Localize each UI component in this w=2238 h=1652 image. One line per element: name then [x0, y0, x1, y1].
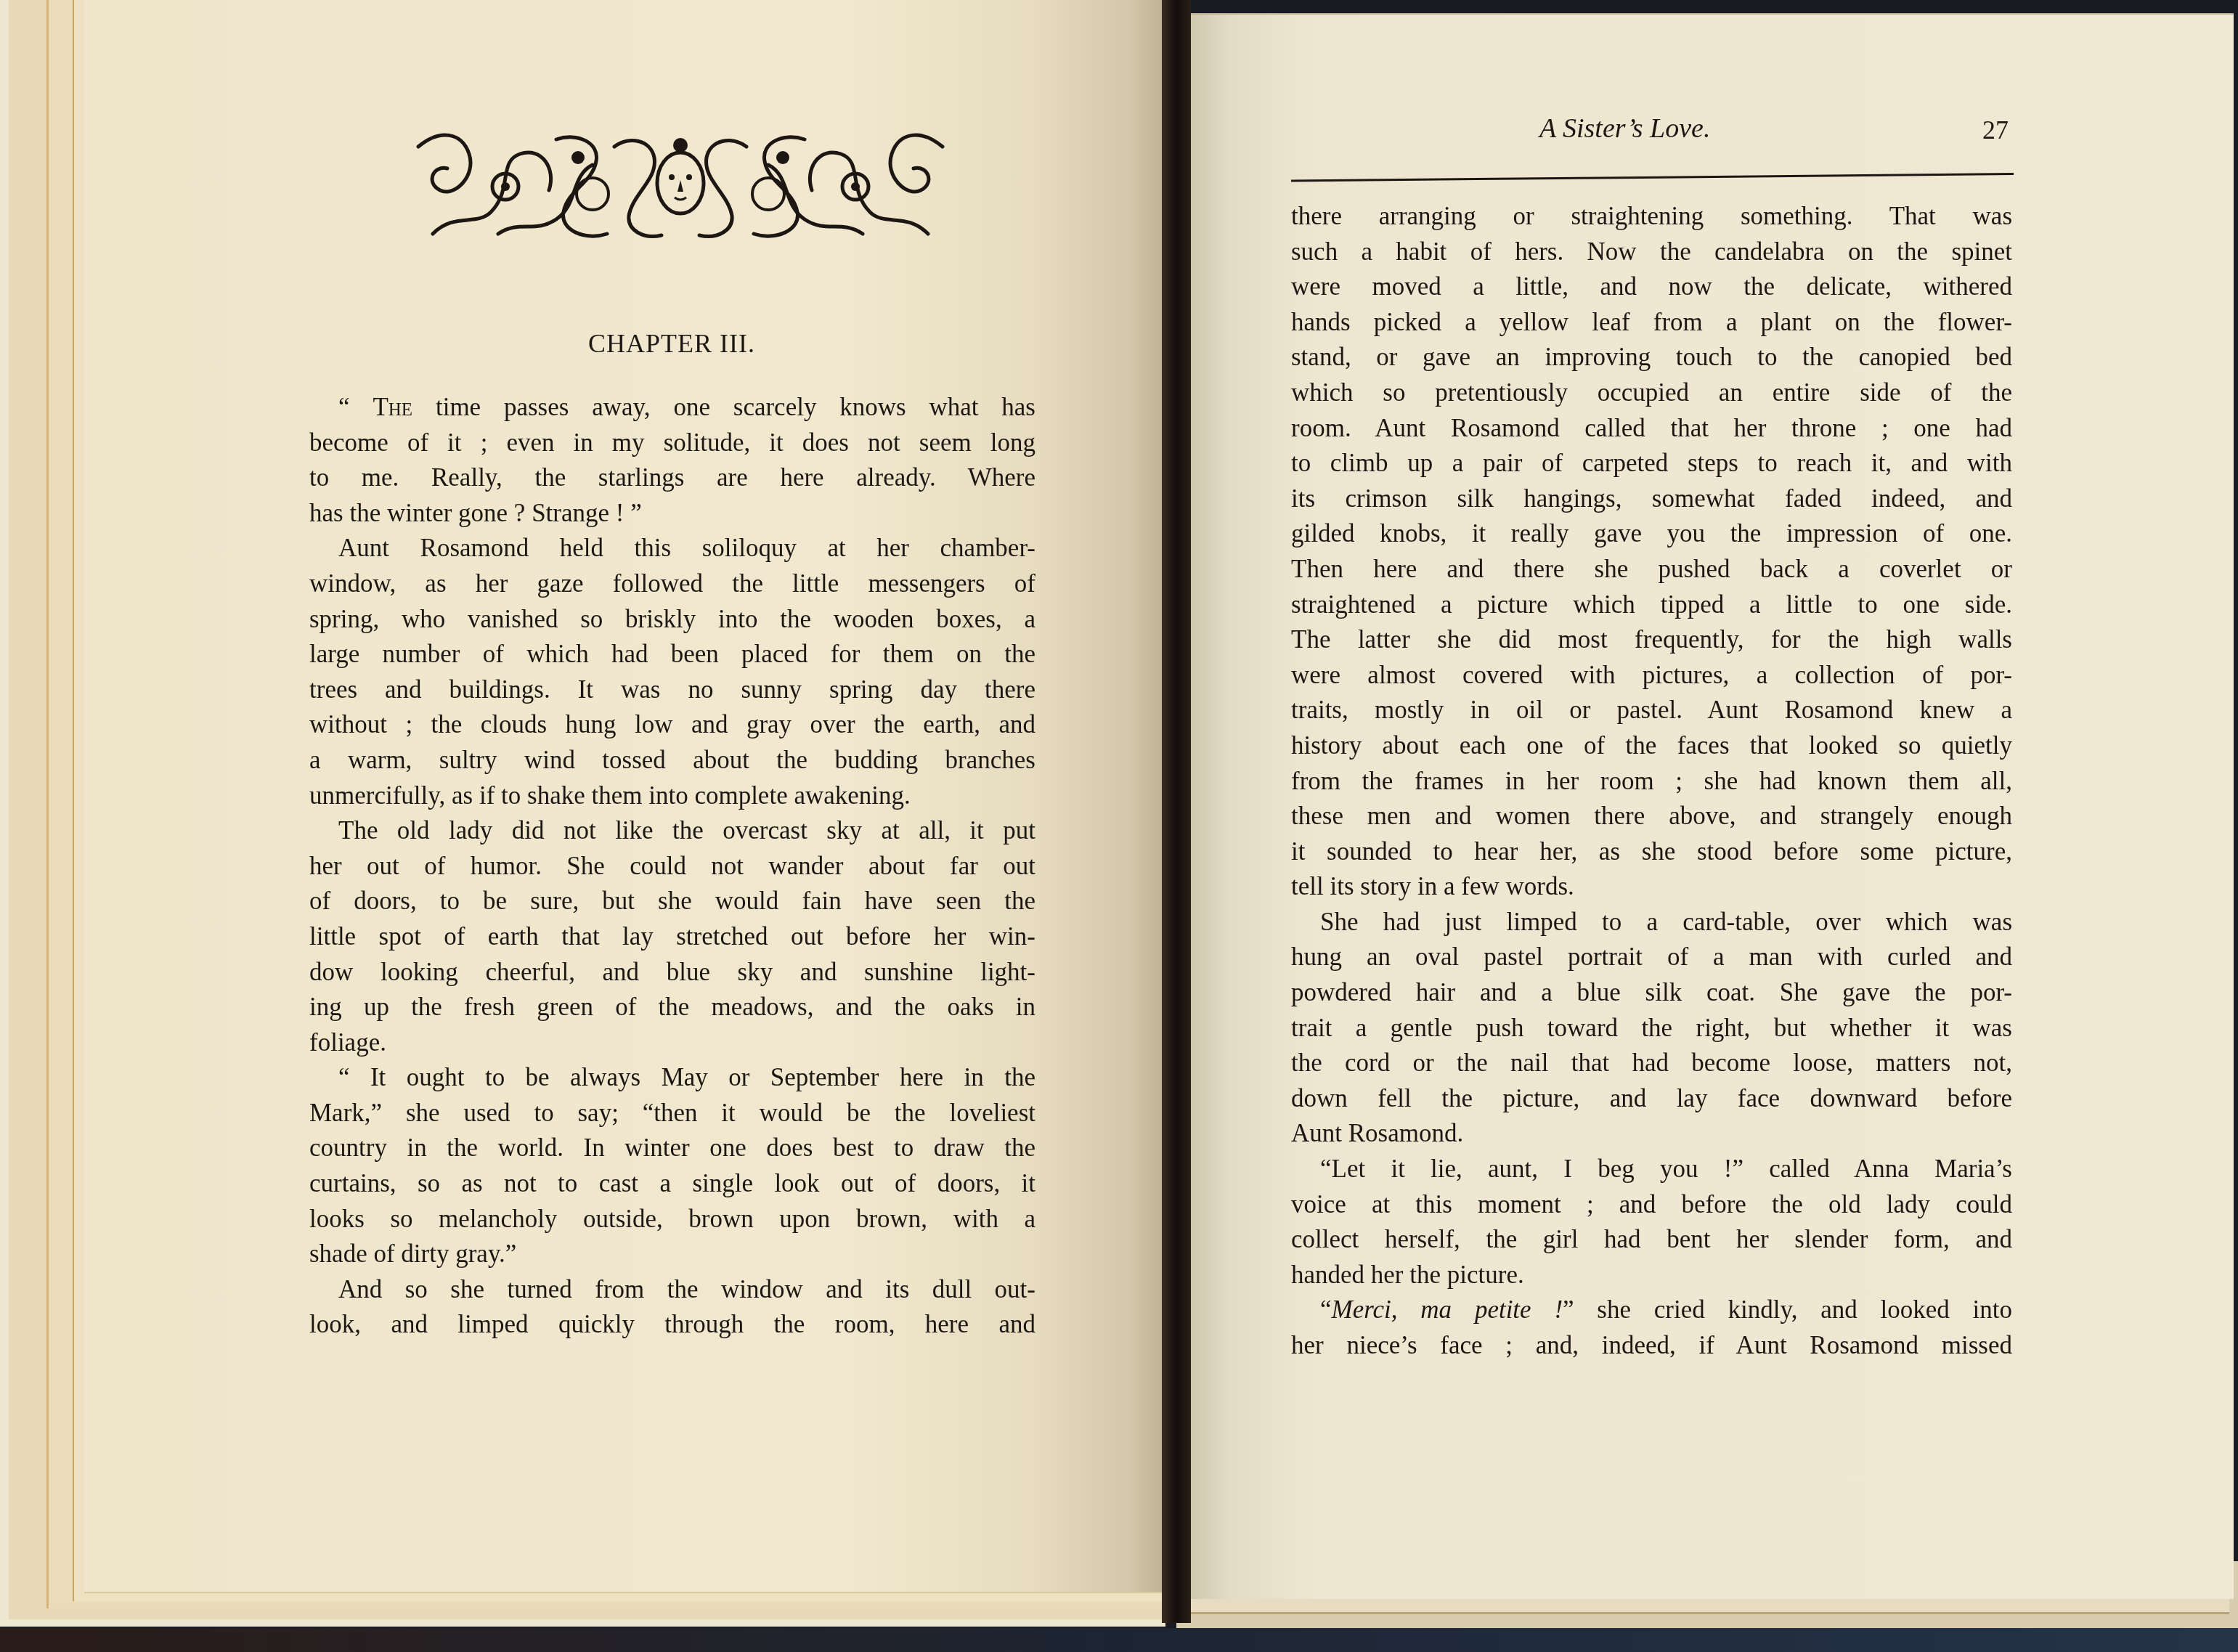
text-line: country in the world. In winter one does…	[309, 1131, 1035, 1166]
text-line: little spot of earth that lay stretched …	[309, 919, 1035, 955]
ornamental-headpiece-icon	[411, 125, 950, 247]
text-line: Aunt Rosamond held this soliloquy at her…	[309, 531, 1035, 566]
text-line: ing up the fresh green of the meadows, a…	[309, 990, 1035, 1025]
text-line: it sounded to hear her, as she stood bef…	[1291, 834, 2012, 870]
text-line: the cord or the nail that had become loo…	[1291, 1046, 2012, 1081]
text-line: gilded knobs, it really gave you the imp…	[1291, 516, 2012, 552]
text-line: to me. Really, the starlings are here al…	[309, 460, 1035, 496]
text-line: Aunt Rosamond.	[1291, 1116, 2012, 1152]
text-line: window, as her gaze followed the little …	[309, 566, 1035, 602]
text-line: from the frames in her room ; she had kn…	[1291, 764, 2012, 799]
text-line: “ The time passes away, one scarcely kno…	[309, 390, 1035, 426]
text-line: curtains, so as not to cast a single loo…	[309, 1166, 1035, 1202]
text-line: trees and buildings. It was no sunny spr…	[309, 672, 1035, 708]
text-line: has the winter gone ? Strange ! ”	[309, 496, 1035, 532]
text-line: its crimson silk hangings, somewhat fade…	[1291, 481, 2012, 517]
text-line: without ; the clouds hung low and gray o…	[309, 707, 1035, 743]
text-line: history about each one of the faces that…	[1291, 728, 2012, 764]
text-line: foliage.	[309, 1025, 1035, 1061]
text-line: to climb up a pair of carpeted steps to …	[1291, 446, 2012, 481]
text-line: “Let it lie, aunt, I beg you !” called A…	[1291, 1152, 2012, 1187]
text-line: powdered hair and a blue silk coat. She …	[1291, 975, 2012, 1011]
text-line: tell its story in a few words.	[1291, 869, 2012, 905]
text-line: collect herself, the girl had bent her s…	[1291, 1222, 2012, 1258]
text-line: voice at this moment ; and before the ol…	[1291, 1187, 2012, 1223]
text-line: were almost covered with pictures, a col…	[1291, 658, 2012, 693]
text-line: these men and women there above, and str…	[1291, 799, 2012, 834]
text-line: room. Aunt Rosamond called that her thro…	[1291, 411, 2012, 447]
right-page-body: there arranging or straightening somethi…	[1291, 199, 2012, 1364]
book-gutter	[1162, 0, 1191, 1623]
text-line: shade of dirty gray.”	[309, 1237, 1035, 1272]
text-line: a warm, sultry wind tossed about the bud…	[309, 743, 1035, 778]
text-line: of doors, to be sure, but she would fain…	[309, 884, 1035, 919]
text-line: unmercifully, as if to shake them into c…	[309, 778, 1035, 814]
text-line: The old lady did not like the overcast s…	[309, 813, 1035, 849]
text-line: which so pretentiously occupied an entir…	[1291, 375, 2012, 411]
text-line: down fell the picture, and lay face down…	[1291, 1081, 2012, 1117]
text-line: dow looking cheerful, and blue sky and s…	[309, 955, 1035, 990]
text-line: handed her the picture.	[1291, 1258, 2012, 1293]
text-line: “ It ought to be always May or September…	[309, 1060, 1035, 1096]
text-line: straightened a picture which tipped a li…	[1291, 587, 2012, 623]
page-number: 27	[1982, 115, 2009, 145]
text-line: The latter she did most frequently, for …	[1291, 622, 2012, 658]
text-line: hands picked a yellow leaf from a plant …	[1291, 305, 2012, 341]
text-line: were moved a little, and now the delicat…	[1291, 269, 2012, 305]
text-line: such a habit of hers. Now the candelabra…	[1291, 235, 2012, 270]
left-page-body: “ The time passes away, one scarcely kno…	[309, 390, 1035, 1343]
text-line: looks so melancholy outside, brown upon …	[309, 1202, 1035, 1237]
chapter-title: CHAPTER III.	[305, 328, 1038, 359]
text-line: there arranging or straightening somethi…	[1291, 199, 2012, 235]
text-line: become of it ; even in my solitude, it d…	[309, 426, 1035, 461]
text-line: Then here and there she pushed back a co…	[1291, 552, 2012, 587]
text-line: And so she turned from the window and it…	[309, 1272, 1035, 1308]
running-head: A Sister’s Love.	[1539, 113, 1710, 145]
text-line: traits, mostly in oil or pastel. Aunt Ro…	[1291, 693, 2012, 728]
text-line: spring, who vanished so briskly into the…	[309, 602, 1035, 638]
text-line: She had just limped to a card-table, ove…	[1291, 905, 2012, 940]
text-line: trait a gentle push toward the right, bu…	[1291, 1011, 2012, 1046]
text-line: her niece’s face ; and, indeed, if Aunt …	[1291, 1328, 2012, 1364]
text-line: look, and limped quickly through the roo…	[309, 1307, 1035, 1343]
text-line: “Merci, ma petite !” she cried kindly, a…	[1291, 1293, 2012, 1328]
text-line: Mark,” she used to say; “then it would b…	[309, 1096, 1035, 1131]
text-line: her out of humor. She could not wander a…	[309, 849, 1035, 884]
text-line: stand, or gave an improving touch to the…	[1291, 340, 2012, 375]
text-line: hung an oval pastel portrait of a man wi…	[1291, 940, 2012, 975]
book-cover-bottom	[0, 1628, 2238, 1652]
text-line: large number of which had been placed fo…	[309, 637, 1035, 672]
